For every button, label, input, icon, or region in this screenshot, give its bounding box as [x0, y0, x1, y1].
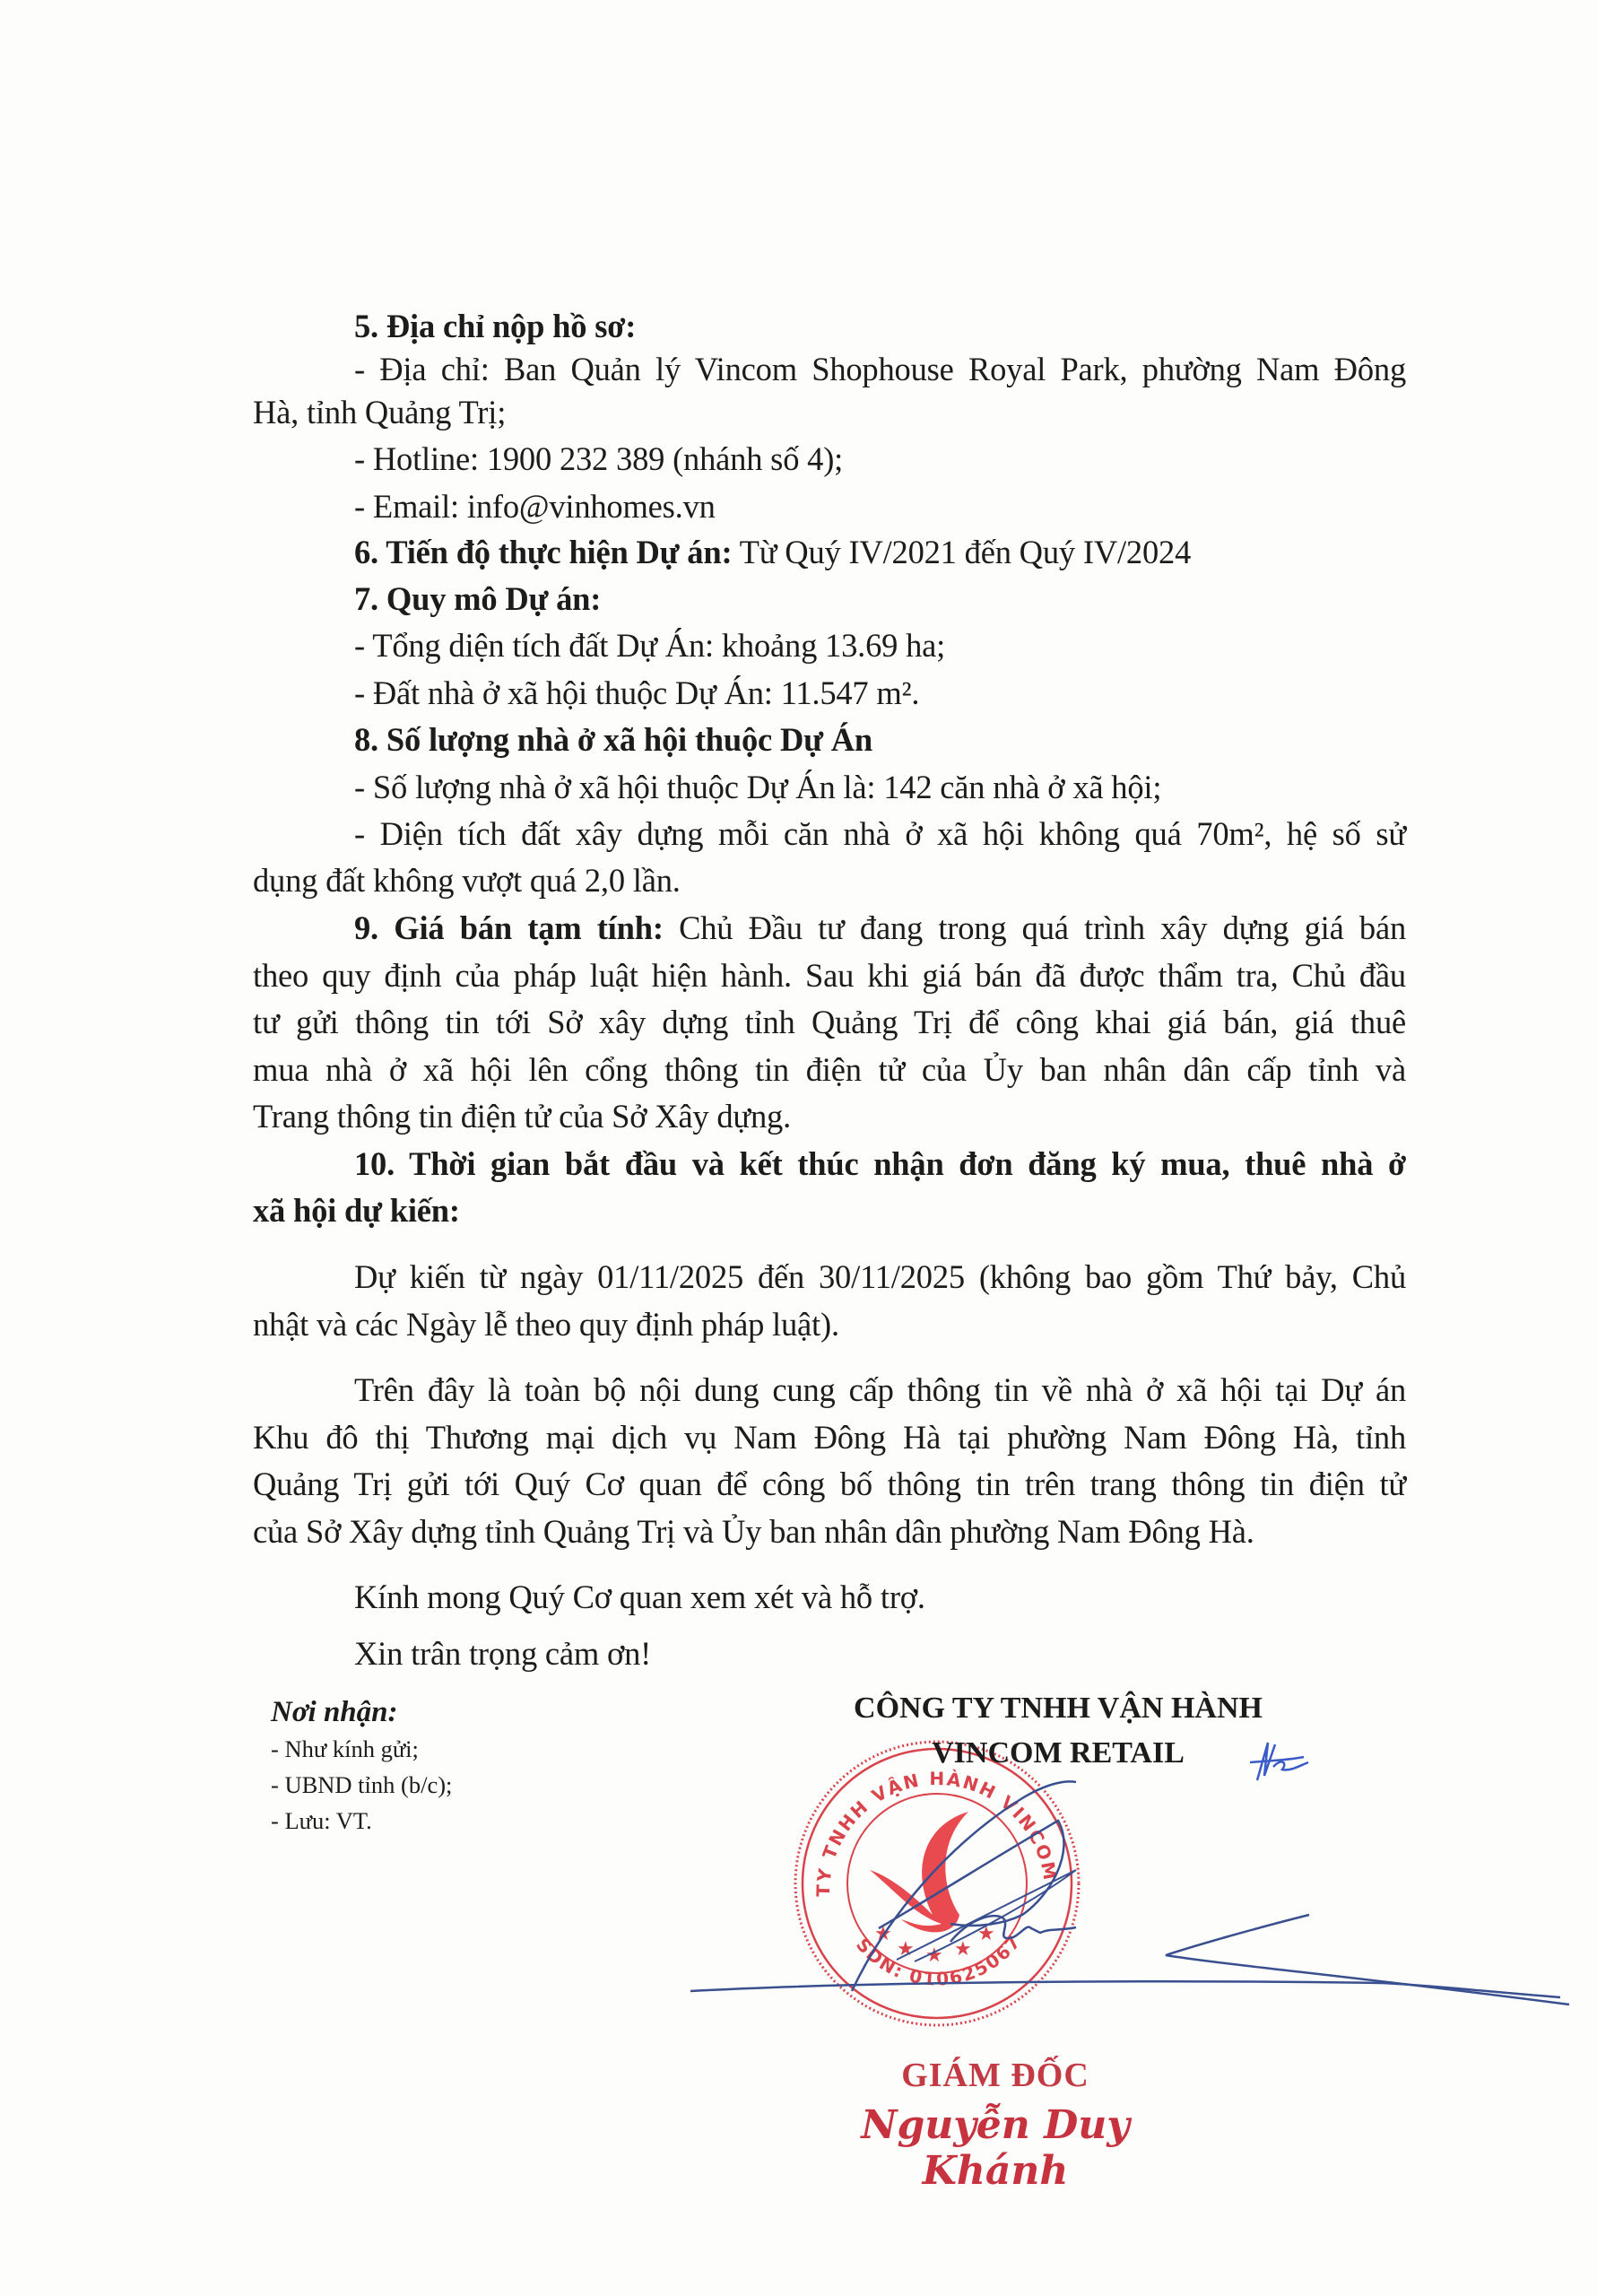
recipient-item: - Như kính gửi;: [271, 1731, 452, 1767]
section-10-heading-line2: xã hội dự kiến:: [253, 1191, 460, 1231]
section-6-heading: 6. Tiến độ thực hiện Dự án:: [354, 534, 732, 570]
recipients-block: Nơi nhận: - Như kính gửi; - UBND tỉnh (b…: [271, 1693, 452, 1839]
section-7-item2: - Đất nhà ở xã hội thuộc Dự Án: 11.547 m…: [354, 674, 919, 713]
section-9-heading: 9. Giá bán tạm tính:: [354, 909, 664, 946]
director-name: Nguyễn Duy Khánh: [807, 2102, 1184, 2194]
company-stamp-icon: CÔNG TY TNHH VẬN HÀNH VINCOM RETAIL MSDN…: [789, 1735, 1085, 2031]
section-9-line4: mua nhà ở xã hội lên cổng thông tin điện…: [253, 1050, 1406, 1090]
company-name-line1: CÔNG TY TNHH VẬN HÀNH: [807, 1686, 1309, 1731]
recipients-title: Nơi nhận:: [271, 1693, 452, 1731]
company-name: CÔNG TY TNHH VẬN HÀNH VINCOM RETAIL: [807, 1686, 1309, 1776]
document-page: 5. Địa chỉ nộp hồ sơ: - Địa chỉ: Ban Quả…: [0, 0, 1597, 2296]
section-8-item1: - Số lượng nhà ở xã hội thuộc Dự Án là: …: [354, 768, 1161, 807]
section-5-address-line1: - Địa chỉ: Ban Quản lý Vincom Shophouse …: [354, 350, 1406, 389]
svg-text:★: ★: [897, 1938, 915, 1961]
svg-text:★: ★: [977, 1923, 995, 1945]
section-8-item2-line2: dụng đất không vượt quá 2,0 lần.: [253, 861, 681, 900]
director-role: GIÁM ĐỐC: [807, 2056, 1184, 2095]
svg-text:★: ★: [925, 1944, 943, 1967]
closing-p1-line4: của Sở Xây dựng tỉnh Quảng Trị và Ủy ban…: [253, 1512, 1254, 1552]
section-7-heading: 7. Quy mô Dự án:: [354, 579, 601, 619]
section-5-email: - Email: info@vinhomes.vn: [354, 487, 716, 526]
section-9-line3: tư gửi thông tin tới Sở xây dựng tỉnh Qu…: [253, 1003, 1406, 1042]
closing-p3: Xin trân trọng cảm ơn!: [354, 1634, 651, 1674]
closing-p1-line2: Khu đô thị Thương mại dịch vụ Nam Đông H…: [253, 1418, 1406, 1457]
section-10-heading-line1: 10. Thời gian bắt đầu và kết thúc nhận đ…: [354, 1144, 1406, 1184]
section-6-text: Từ Quý IV/2021 đến Quý IV/2024: [732, 534, 1191, 570]
section-8-item2-line1: - Diện tích đất xây dựng mỗi căn nhà ở x…: [354, 814, 1406, 854]
director-block: GIÁM ĐỐC Nguyễn Duy Khánh: [807, 2056, 1184, 2194]
initial-signature-icon: [1241, 1735, 1313, 1789]
section-10-line2: nhật và các Ngày lễ theo quy định pháp l…: [253, 1305, 839, 1344]
closing-p2: Kính mong Quý Cơ quan xem xét và hỗ trợ.: [354, 1578, 925, 1617]
section-5-address-line2: Hà, tỉnh Quảng Trị;: [253, 393, 506, 432]
section-5-heading: 5. Địa chỉ nộp hồ sơ:: [354, 307, 636, 346]
svg-text:★: ★: [954, 1938, 972, 1961]
svg-text:★: ★: [874, 1923, 892, 1945]
recipient-item: - UBND tỉnh (b/c);: [271, 1767, 452, 1803]
section-9-line1: 9. Giá bán tạm tính: Chủ Đầu tư đang tro…: [354, 909, 1406, 948]
closing-p1-line3: Quảng Trị gửi tới Quý Cơ quan để công bố…: [253, 1465, 1406, 1504]
section-5-hotline: - Hotline: 1900 232 389 (nhánh số 4);: [354, 439, 843, 479]
company-name-line2: VINCOM RETAIL: [807, 1731, 1309, 1776]
section-10-line1: Dự kiến từ ngày 01/11/2025 đến 30/11/202…: [354, 1257, 1406, 1297]
section-9-line2: theo quy định của pháp luật hiện hành. S…: [253, 956, 1406, 996]
section-7-item1: - Tổng diện tích đất Dự Án: khoảng 13.69…: [354, 626, 945, 665]
section-9-line5: Trang thông tin điện tử của Sở Xây dựng.: [253, 1097, 791, 1136]
section-6: 6. Tiến độ thực hiện Dự án: Từ Quý IV/20…: [354, 533, 1191, 572]
section-8-heading: 8. Số lượng nhà ở xã hội thuộc Dự Án: [354, 720, 872, 760]
recipient-item: - Lưu: VT.: [271, 1803, 452, 1839]
closing-p1-line1: Trên đây là toàn bộ nội dung cung cấp th…: [354, 1370, 1406, 1410]
section-9-text: Chủ Đầu tư đang trong quá trình xây dựng…: [664, 909, 1406, 946]
